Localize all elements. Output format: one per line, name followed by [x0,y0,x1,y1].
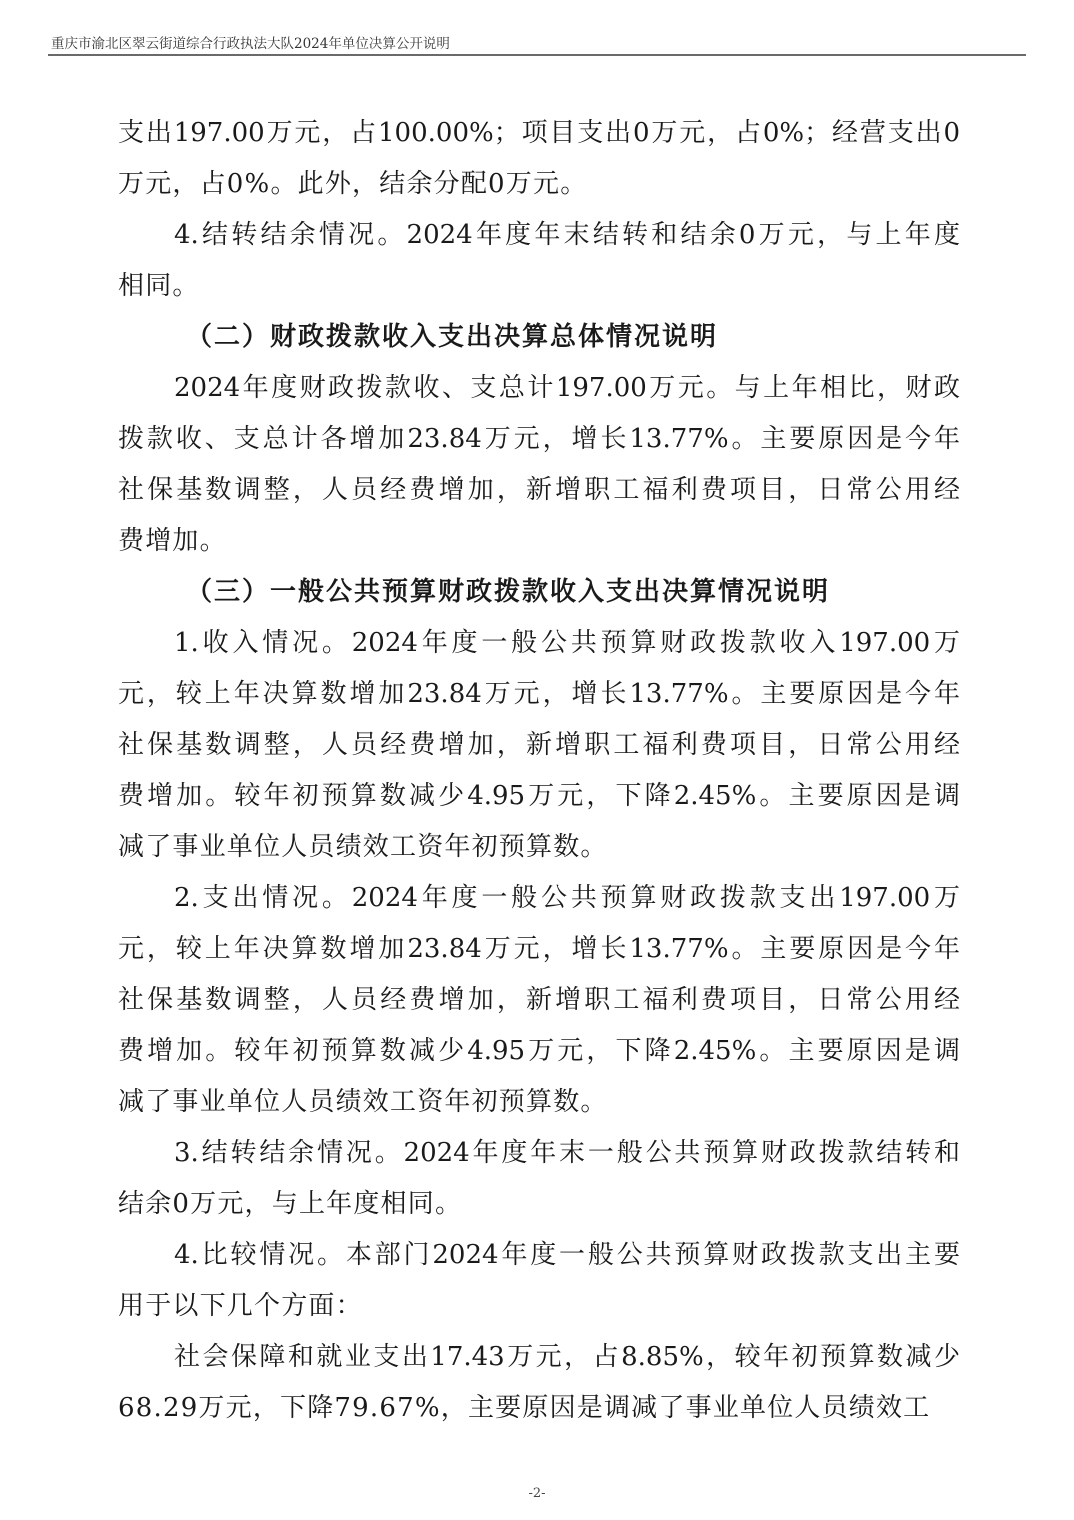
paragraph: 4.比较情况。本部门2024年度一般公共预算财政拨款支出主要用于以下几个方面： [118,1230,960,1332]
text-line: 支出197.00万元，占100.00%；项目支出0万元，占0%；经营支出0 [118,108,960,159]
text-line: 相同。 [118,261,960,312]
text-line: 拨款收、支总计各增加23.84万元，增长13.77%。主要原因是今年 [118,414,960,465]
paragraph: 3.结转结余情况。2024年度年末一般公共预算财政拨款结转和结余0万元，与上年度… [118,1128,960,1230]
heading-text: （二）财政拨款收入支出决算总体情况说明 [118,312,960,363]
text-line: 社保基数调整，人员经费增加，新增职工福利费项目，日常公用经 [118,465,960,516]
section-heading: （三）一般公共预算财政拨款收入支出决算情况说明 [118,567,960,618]
section-heading: （二）财政拨款收入支出决算总体情况说明 [118,312,960,363]
text-line: 万元，占0%。此外，结余分配0万元。 [118,159,960,210]
text-line: 减了事业单位人员绩效工资年初预算数。 [118,822,960,873]
text-line: 费增加。较年初预算数减少4.95万元，下降2.45%。主要原因是调 [118,771,960,822]
heading-text: （三）一般公共预算财政拨款收入支出决算情况说明 [118,567,960,618]
paragraph: 2.支出情况。2024年度一般公共预算财政拨款支出197.00万元，较上年决算数… [118,873,960,1128]
text-line: 68.29万元，下降79.67%，主要原因是调减了事业单位人员绩效工 [118,1383,960,1434]
page-header: 重庆市渝北区翠云街道综合行政执法大队2024年单位决算公开说明 [48,28,1026,56]
document-body: 支出197.00万元，占100.00%；项目支出0万元，占0%；经营支出0万元，… [118,108,960,1434]
paragraph: 社会保障和就业支出17.43万元，占8.85%，较年初预算数减少68.29万元，… [118,1332,960,1434]
text-line: 3.结转结余情况。2024年度年末一般公共预算财政拨款结转和 [118,1128,960,1179]
text-line: 用于以下几个方面： [118,1281,960,1332]
text-line: 减了事业单位人员绩效工资年初预算数。 [118,1077,960,1128]
paragraph: 支出197.00万元，占100.00%；项目支出0万元，占0%；经营支出0万元，… [118,108,960,210]
text-line: 社保基数调整，人员经费增加，新增职工福利费项目，日常公用经 [118,975,960,1026]
text-line: 结余0万元，与上年度相同。 [118,1179,960,1230]
document-title: 重庆市渝北区翠云街道综合行政执法大队2024年单位决算公开说明 [51,32,450,52]
text-line: 费增加。较年初预算数减少4.95万元，下降2.45%。主要原因是调 [118,1026,960,1077]
text-line: 4.比较情况。本部门2024年度一般公共预算财政拨款支出主要 [118,1230,960,1281]
text-line: 元，较上年决算数增加23.84万元，增长13.77%。主要原因是今年 [118,924,960,975]
text-line: 社保基数调整，人员经费增加，新增职工福利费项目，日常公用经 [118,720,960,771]
text-line: 4.结转结余情况。2024年度年末结转和结余0万元，与上年度 [118,210,960,261]
text-line: 2.支出情况。2024年度一般公共预算财政拨款支出197.00万 [118,873,960,924]
text-line: 费增加。 [118,516,960,567]
paragraph: 1.收入情况。2024年度一般公共预算财政拨款收入197.00万元，较上年决算数… [118,618,960,873]
paragraph: 4.结转结余情况。2024年度年末结转和结余0万元，与上年度相同。 [118,210,960,312]
paragraph: 2024年度财政拨款收、支总计197.00万元。与上年相比，财政拨款收、支总计各… [118,363,960,567]
text-line: 社会保障和就业支出17.43万元，占8.85%，较年初预算数减少 [118,1332,960,1383]
text-line: 元，较上年决算数增加23.84万元，增长13.77%。主要原因是今年 [118,669,960,720]
page-number: -2- [0,1486,1074,1501]
text-line: 1.收入情况。2024年度一般公共预算财政拨款收入197.00万 [118,618,960,669]
text-line: 2024年度财政拨款收、支总计197.00万元。与上年相比，财政 [118,363,960,414]
